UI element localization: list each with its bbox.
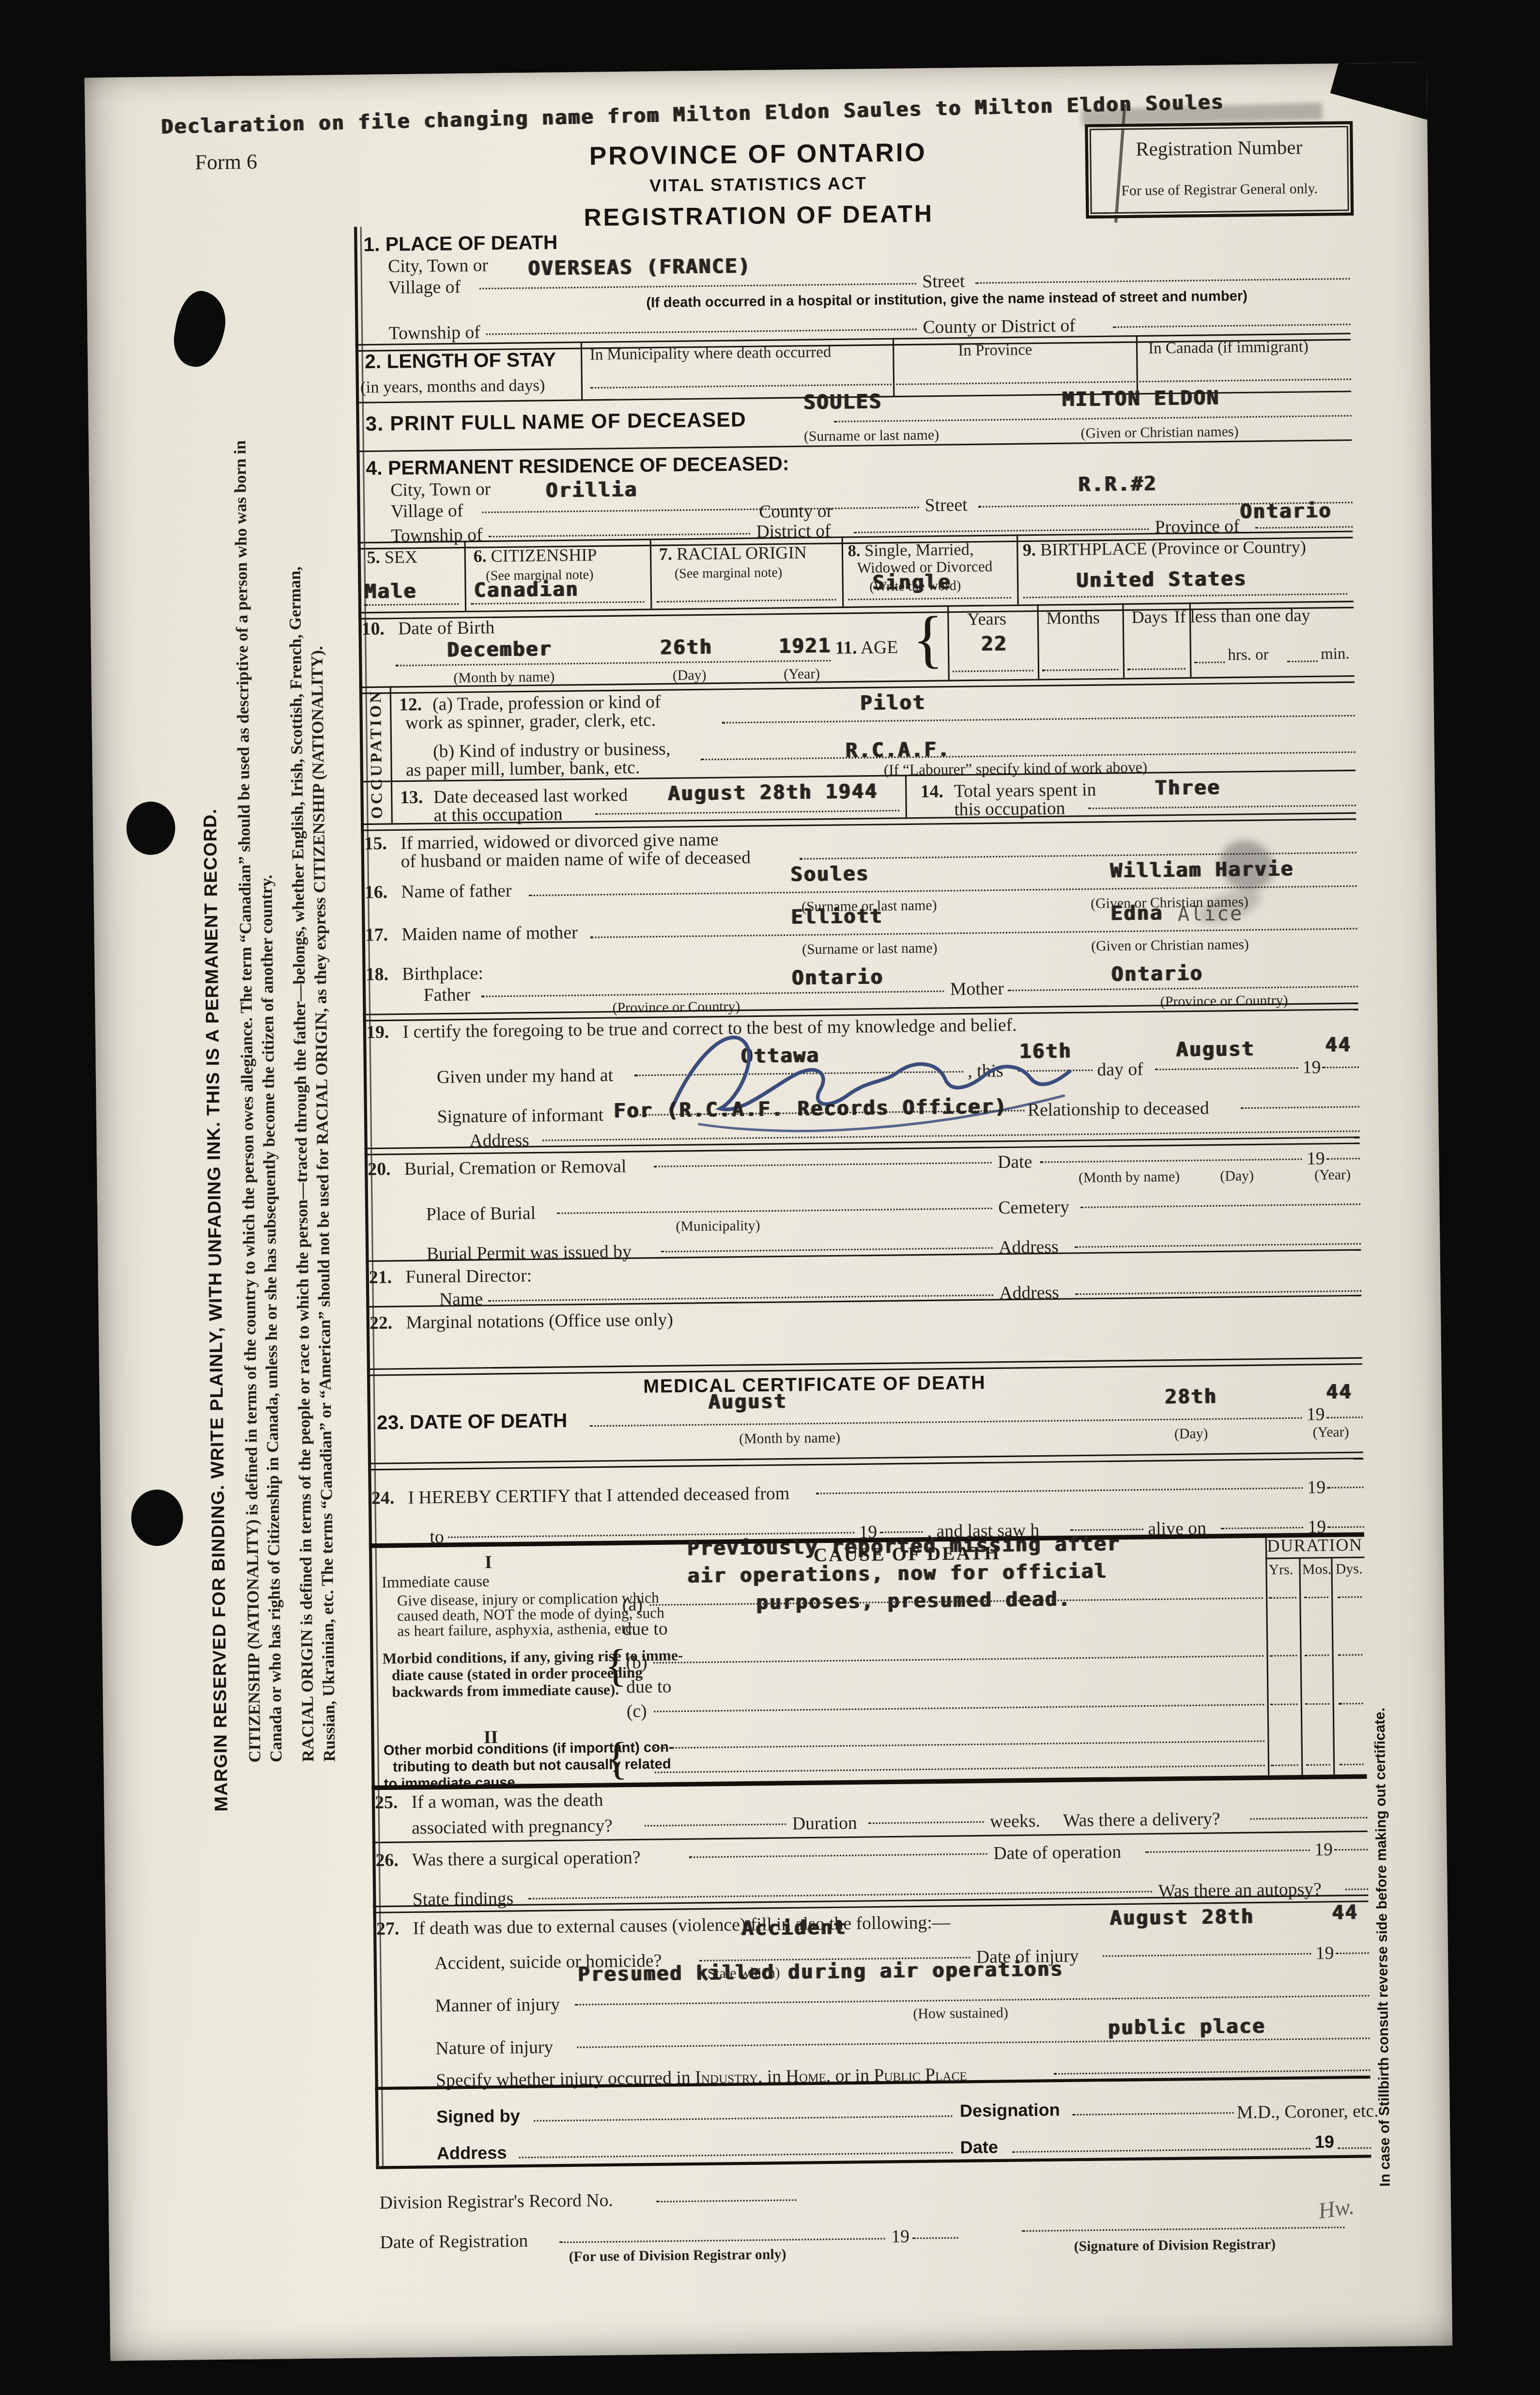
s3-surname-value: SOULES xyxy=(803,391,882,415)
s20-title: Burial, Cremation or Removal xyxy=(404,1155,627,1181)
column-divider xyxy=(650,539,653,609)
dotted-leader xyxy=(1194,662,1225,664)
dotted-leader xyxy=(1075,1243,1361,1248)
dotted-leader xyxy=(834,415,1351,422)
dotted-leader xyxy=(1250,1817,1368,1820)
dotted-leader xyxy=(656,2199,796,2202)
occupation-vertical-label: OCCUPATION xyxy=(369,688,387,819)
form-left-border xyxy=(354,227,379,2166)
s12-a-label2: work as spinner, grader, clerk, etc. xyxy=(405,709,656,735)
s27-date-injury-value: August 28th xyxy=(1109,1906,1254,1931)
duration-cell-dots xyxy=(1305,1703,1329,1705)
s13-no: 13. xyxy=(400,786,423,809)
s4-village-label: Village of xyxy=(391,499,463,523)
dotted-leader xyxy=(519,2152,953,2158)
duration-cell-dots xyxy=(1270,1703,1298,1705)
margin-binding-note: MARGIN RESERVED FOR BINDING. WRITE PLAIN… xyxy=(195,442,232,1812)
column-divider xyxy=(893,338,895,396)
s23-19-label: 19 xyxy=(1307,1403,1325,1427)
dotted-leader xyxy=(654,1704,1264,1712)
s20-sub-day: (Day) xyxy=(1220,1169,1254,1185)
cause-a-label: (a) xyxy=(622,1594,643,1617)
s27-year-injury-value: 44 xyxy=(1332,1902,1358,1926)
s20-no: 20. xyxy=(368,1158,391,1182)
form-number: Form 6 xyxy=(195,152,257,177)
s18-no: 18. xyxy=(366,964,389,987)
s25-duration-label: Duration xyxy=(792,1812,858,1835)
s20-date-label: Date xyxy=(998,1151,1032,1174)
s2-heading: 2. LENGTH OF STAY xyxy=(365,348,556,373)
cause-brace-b: { xyxy=(604,1641,627,1693)
dotted-leader xyxy=(1008,986,1358,991)
s11-less-label: If less than one day xyxy=(1174,607,1310,627)
s20-cemetery-label: Cemetery xyxy=(998,1196,1069,1220)
dotted-leader xyxy=(1127,668,1185,670)
s8-value: Single xyxy=(872,572,951,595)
dotted-leader xyxy=(1088,805,1356,809)
s12-labourer-note: (If “Labourer” specify kind of work abov… xyxy=(884,760,1148,780)
s23-sub-year: (Year) xyxy=(1313,1426,1349,1441)
s1-number-title: 1. PLACE OF DEATH xyxy=(363,231,558,256)
s26-19a: 19 xyxy=(1314,1838,1333,1862)
dotted-leader xyxy=(1113,324,1350,328)
s19-signature-label: Signature of informant xyxy=(437,1104,603,1129)
cause-other2: tributing to death but not causally rela… xyxy=(393,1756,671,1774)
s3-surname-sub: (Surname or last name) xyxy=(804,429,939,446)
s11-days-label: Days xyxy=(1131,609,1168,628)
s16-label: Name of father xyxy=(401,880,512,904)
registration-number-label: Registration Number xyxy=(1088,135,1350,162)
s6-value: Canadian xyxy=(474,579,579,603)
s25-weeks-label: weeks. xyxy=(990,1810,1040,1833)
dotted-leader xyxy=(701,751,1355,760)
signature-division-note: (Signature of Division Registrar) xyxy=(1074,2238,1276,2255)
form-left-border-inner xyxy=(360,227,384,2166)
s19-month-value: August xyxy=(1176,1039,1255,1062)
duration-col-divider xyxy=(1331,1557,1335,1774)
s18-mother-label: Mother xyxy=(950,978,1004,1001)
column-divider xyxy=(947,605,950,680)
s11-years-label: Years xyxy=(967,611,1006,630)
s17-label: Maiden name of mother xyxy=(401,921,578,946)
s23-day-value: 28th xyxy=(1165,1386,1217,1410)
s8-line1: Single, Married, xyxy=(864,541,974,560)
dotted-leader xyxy=(1327,1526,1364,1528)
s17-surname-sub: (Surname or last name) xyxy=(802,942,938,959)
column-divider xyxy=(1016,534,1019,605)
s26-dateop-label: Date of operation xyxy=(993,1841,1121,1865)
s23-sub-month: (Month by name) xyxy=(739,1431,840,1448)
column-divider xyxy=(581,342,583,399)
dotted-leader xyxy=(577,2037,1370,2048)
s27-no: 27. xyxy=(376,1918,400,1941)
s20-19-label: 19 xyxy=(1307,1148,1325,1171)
s18-father-label: Father xyxy=(423,984,470,1007)
s7-title: RACIAL ORIGIN xyxy=(677,544,807,564)
s1-village-label: Village of xyxy=(388,276,461,300)
s16-surname-value: Soules xyxy=(790,863,869,887)
s27-manner-label: Manner of injury xyxy=(435,1993,560,2018)
duration-cell-dots xyxy=(1271,1764,1298,1766)
s3-title: PRINT FULL NAME OF DECEASED xyxy=(390,408,746,435)
dotted-leader xyxy=(654,1162,992,1167)
s25-no: 25. xyxy=(375,1791,398,1815)
date-registration-label: Date of Registration xyxy=(380,2230,528,2255)
dotted-leader xyxy=(1040,1158,1302,1163)
s21-title: Funeral Director: xyxy=(405,1265,532,1289)
s16-given-value: William Harvie xyxy=(1110,858,1294,883)
dotted-leader xyxy=(661,1247,993,1253)
s25-line2: associated with pregnancy? xyxy=(412,1815,613,1840)
registrar-general-note: For use of Registrar General only. xyxy=(1089,182,1351,201)
s23-sub-day: (Day) xyxy=(1174,1428,1208,1443)
dotted-leader xyxy=(559,2238,885,2243)
s4-heading: 4. PERMANENT RESIDENCE OF DECEASED: xyxy=(366,452,789,480)
s10-year-value: 1921 xyxy=(779,636,832,659)
signedby-label: Signed by xyxy=(436,2108,520,2128)
s21-name-label: Name xyxy=(439,1288,483,1311)
s11-years-value: 22 xyxy=(981,634,1008,657)
dotted-leader xyxy=(1338,2147,1371,2149)
s1-street-label: Street xyxy=(922,270,965,294)
duration-cell-dots xyxy=(1306,1764,1330,1766)
s11-no: 11. xyxy=(835,637,857,658)
s2-title: LENGTH OF STAY xyxy=(386,348,556,373)
dotted-leader xyxy=(1326,1416,1363,1418)
dotted-leader xyxy=(854,529,1149,533)
s24-no: 24. xyxy=(371,1487,395,1510)
s4-city-label: City, Town or xyxy=(390,478,491,502)
dotted-leader xyxy=(1334,1849,1368,1851)
cause-due-b: due to xyxy=(626,1676,672,1699)
s12-industry-value: R.C.A.F. xyxy=(846,739,951,763)
death-registration-form: Declaration on file changing name from M… xyxy=(84,62,1452,2361)
s7-no: 7. xyxy=(659,546,673,564)
cause-note3: as heart failure, asphyxia, asthenia, et… xyxy=(397,1621,636,1641)
dotted-leader xyxy=(975,278,1350,284)
s4-street-label: Street xyxy=(924,494,968,517)
s2-col3: In Canada (if immigrant) xyxy=(1148,340,1309,358)
form-title: REGISTRATION OF DEATH xyxy=(469,201,1048,234)
designation-label: Designation xyxy=(960,2102,1060,2121)
s27-line1: If death was due to external causes (vio… xyxy=(413,1912,950,1941)
cause-due-a: due to xyxy=(622,1618,668,1641)
s17-given-sub: (Given or Christian names) xyxy=(1091,938,1249,955)
age-brace: { xyxy=(912,604,944,677)
date-19-label: 19 xyxy=(1315,2134,1335,2152)
s4-street-value: R.R.#2 xyxy=(1078,473,1157,497)
s1-place-value: OVERSEAS (FRANCE) xyxy=(528,256,751,281)
s23-heading: 23. DATE OF DEATH xyxy=(377,1409,568,1434)
s3-no: 3. xyxy=(365,412,384,435)
date-label: Date xyxy=(960,2139,999,2158)
s2-col1: In Municipality where death occurred xyxy=(590,345,832,364)
md-coroner-label: M.D., Coroner, etc. xyxy=(1237,2100,1379,2124)
dotted-leader xyxy=(1103,1953,1311,1957)
s5-no: 5. xyxy=(367,549,380,568)
s18-mother-value: Ontario xyxy=(1111,963,1203,987)
duration-mos: Mos. xyxy=(1302,1563,1332,1579)
s7-heading: 7. RACIAL ORIGIN xyxy=(659,544,807,564)
dotted-leader xyxy=(1322,1066,1358,1068)
s1-city-label: City, Town or xyxy=(388,254,488,278)
dotted-leader xyxy=(912,2237,958,2239)
s27-19: 19 xyxy=(1315,1942,1334,1965)
dotted-leader xyxy=(1287,660,1318,662)
dotted-leader xyxy=(489,533,750,537)
dotted-leader xyxy=(590,928,1357,938)
dotted-leader xyxy=(1345,1888,1368,1890)
s9-no: 9. xyxy=(1023,542,1036,560)
cause-other1: Other morbid conditions (if important) c… xyxy=(384,1740,674,1758)
s22-title: Marginal notations (Office use only) xyxy=(406,1308,673,1334)
s2-no: 2. xyxy=(365,350,382,373)
cause-morbid3: backwards from immediate cause). xyxy=(392,1682,619,1702)
s27-how-sub: (How sustained) xyxy=(913,2006,1008,2023)
s17-no: 17. xyxy=(365,924,388,947)
column-divider xyxy=(1037,604,1040,679)
s25-delivery-label: Was there a delivery? xyxy=(1063,1808,1220,1833)
s4-title: PERMANENT RESIDENCE OF DECEASED: xyxy=(388,452,789,480)
corner-clip xyxy=(1330,62,1452,127)
cause-roman-one: I xyxy=(485,1551,492,1574)
s9-value: United States xyxy=(1076,568,1247,593)
pencil-annotation: Hw. xyxy=(1317,2195,1356,2226)
dotted-leader xyxy=(1221,1527,1303,1529)
s18-father-value: Ontario xyxy=(792,967,884,991)
s1-township-label: Township of xyxy=(388,321,480,345)
s19-19-label: 19 xyxy=(1302,1056,1321,1079)
s20-address-label: Address xyxy=(999,1236,1059,1260)
margin-citizenship-note: CITIZENSHIP (NATIONALITY) is defined in … xyxy=(231,432,288,1762)
dotted-leader xyxy=(1023,593,1347,598)
duration-dys: Dys. xyxy=(1336,1563,1363,1578)
s19-relationship-label: Relationship to deceased xyxy=(1028,1097,1209,1122)
dotted-leader xyxy=(1012,2148,1310,2153)
s11-title: AGE xyxy=(861,637,898,658)
declaration-annotation: Declaration on file changing name from M… xyxy=(161,92,1224,140)
column-divider xyxy=(1122,603,1125,678)
s27-nature-label: Nature of injury xyxy=(435,2036,553,2060)
dotted-leader xyxy=(1075,1290,1361,1295)
s20-place-label: Place of Burial xyxy=(426,1202,536,1227)
address-label: Address xyxy=(437,2145,507,2163)
s12-trade-value: Pilot xyxy=(860,692,926,716)
s24-line1: I HEREBY CERTIFY that I attended decease… xyxy=(408,1482,789,1509)
s15-no: 15. xyxy=(364,832,387,855)
s23-no: 23. xyxy=(377,1411,404,1434)
dotted-leader xyxy=(481,991,944,997)
margin-racial-origin-note: RACIAL ORIGIN is defined in terms of the… xyxy=(286,513,341,1762)
s17-given2-value: Alice xyxy=(1177,903,1243,927)
s10-day-value: 26th xyxy=(660,637,713,660)
duration-cell-dots xyxy=(1338,1596,1362,1598)
hole-punch xyxy=(131,1489,183,1546)
dotted-leader xyxy=(590,1417,1302,1427)
dotted-leader xyxy=(848,597,1011,600)
cause-immediate-label: Immediate cause xyxy=(382,1574,490,1592)
s1-title: PLACE OF DEATH xyxy=(385,231,557,255)
s23-year-value: 44 xyxy=(1326,1382,1353,1405)
duration-cell-dots xyxy=(1339,1703,1363,1705)
s10-title: Date of Birth xyxy=(398,617,495,640)
s13-value: August 28th 1944 xyxy=(668,781,878,807)
act-heading: VITAL STATISTICS ACT xyxy=(469,173,1047,198)
duration-cell-dots xyxy=(1305,1654,1329,1656)
s4-city-value: Orillia xyxy=(546,480,638,503)
duration-cell-dots xyxy=(1269,1597,1296,1599)
dotted-leader xyxy=(1327,1487,1363,1489)
dotted-leader xyxy=(1155,1067,1298,1070)
s11-min-label: min. xyxy=(1321,646,1350,663)
s10-no: 10. xyxy=(361,618,385,641)
dotted-leader xyxy=(1042,669,1118,671)
s3-heading: 3. PRINT FULL NAME OF DECEASED xyxy=(365,408,746,435)
dotted-leader xyxy=(590,378,1351,389)
s3-given-sub: (Given or Christian names) xyxy=(1081,425,1239,442)
s2-sub: (in years, months and days) xyxy=(360,377,545,397)
s14-no: 14. xyxy=(920,780,943,804)
dotted-leader xyxy=(1241,1106,1359,1109)
datereg-19-label: 19 xyxy=(891,2225,909,2249)
s8-heading: 8. Single, Married, xyxy=(847,541,974,561)
duration-cell-dots xyxy=(1304,1597,1328,1599)
dotted-leader xyxy=(654,1741,1264,1749)
dotted-leader xyxy=(645,1823,786,1826)
cause-b-label: (b) xyxy=(626,1651,647,1675)
dotted-leader xyxy=(1255,526,1353,529)
s20-sub-year: (Year) xyxy=(1314,1168,1351,1184)
hole-punch xyxy=(126,801,176,855)
for-use-note: (For use of Division Registrar only) xyxy=(569,2248,786,2266)
s2-col2: In Province xyxy=(958,342,1032,360)
dotted-leader xyxy=(534,2115,952,2122)
s20-sub-month: (Month by name) xyxy=(1078,1170,1180,1187)
dotted-leader xyxy=(1145,1850,1309,1853)
dotted-leader xyxy=(1070,1529,1143,1531)
dotted-leader xyxy=(1080,1203,1360,1208)
s26-line1: Was there a surgical operation? xyxy=(412,1847,641,1872)
dotted-leader xyxy=(479,283,916,289)
dotted-leader xyxy=(655,1765,1265,1773)
cause-brace-other: { xyxy=(605,1734,628,1786)
s8-no: 8. xyxy=(847,543,860,561)
registration-number-box: Registration Number For use of Registrar… xyxy=(1085,121,1354,218)
occupation-strip-divider xyxy=(390,686,393,824)
s27-accident-value: Accident xyxy=(741,1917,847,1942)
s9-heading: 9. BIRTHPLACE (Province or Country) xyxy=(1023,539,1306,560)
dotted-leader xyxy=(1054,2069,1371,2075)
s20-municipality-sub: (Municipality) xyxy=(676,1219,760,1235)
s24-19a: 19 xyxy=(1307,1477,1325,1500)
medical-certificate-title: MEDICAL CERTIFICATE OF DEATH xyxy=(525,1371,1104,1399)
s5-title: SEX xyxy=(385,549,418,567)
s19-no: 19. xyxy=(366,1021,389,1044)
dotted-leader xyxy=(1022,2226,1344,2232)
section-divider xyxy=(372,1774,1367,1789)
dotted-leader xyxy=(1326,1158,1360,1160)
s15-label2: of husband or maiden name of wife of dec… xyxy=(400,846,751,873)
dotted-leader xyxy=(689,1853,987,1858)
duration-cell-dots xyxy=(1340,1764,1364,1766)
s3-given-value: MILTON ELDON xyxy=(1062,388,1220,412)
s6-no: 6. xyxy=(473,548,487,566)
cause-c-label: (c) xyxy=(626,1700,647,1724)
s26-no: 26. xyxy=(375,1849,399,1872)
dotted-leader xyxy=(868,1821,984,1824)
s5-value: Male xyxy=(364,581,417,604)
s17-surname-value: Elliott xyxy=(791,906,883,930)
section-divider xyxy=(368,1451,1363,1471)
duration-cell-dots xyxy=(1338,1654,1362,1656)
s16-no: 16. xyxy=(365,881,388,904)
province-heading: PROVINCE OF ONTARIO xyxy=(469,137,1047,173)
s7-sub: (See marginal note) xyxy=(675,564,783,581)
s9-title: BIRTHPLACE (Province or Country) xyxy=(1040,539,1306,560)
torn-edge-blob xyxy=(170,288,231,371)
s1-no: 1. xyxy=(363,233,380,256)
s11-months-label: Months xyxy=(1046,610,1100,629)
s23-month-value: August xyxy=(708,1391,787,1415)
duration-header: DURATION xyxy=(1265,1537,1365,1556)
s6-title: CITIZENSHIP xyxy=(491,547,597,566)
s17-given1-value: Edna xyxy=(1110,903,1163,926)
s10-sub-day: (Day) xyxy=(673,669,707,684)
duration-cell-dots xyxy=(1270,1655,1297,1657)
dotted-leader xyxy=(486,328,917,335)
dotted-leader xyxy=(1336,1952,1369,1954)
cause-typed-line1: Previously reported missing after xyxy=(687,1534,1121,1561)
cause-typed-line2: air operations, now for official xyxy=(687,1561,1108,1588)
dotted-leader xyxy=(722,715,1355,724)
s10-month-value: December xyxy=(447,638,552,663)
s20-permit-label: Burial Permit was issued by xyxy=(427,1241,632,1266)
s27-nature-value: public place xyxy=(1108,2016,1266,2040)
informant-signature xyxy=(655,1010,1113,1149)
s27-presumed-value: Presumed killed during air operations xyxy=(578,1959,1063,1988)
dotted-leader xyxy=(953,670,1033,672)
dotted-leader xyxy=(1072,2112,1233,2115)
column-divider xyxy=(464,541,467,611)
s19-year-value: 44 xyxy=(1325,1035,1352,1058)
s14-value: Three xyxy=(1155,777,1220,801)
dotted-leader xyxy=(657,599,836,602)
dotted-leader xyxy=(557,1208,992,1214)
s22-no: 22. xyxy=(370,1312,393,1335)
s19-signature-typed: For (R.C.A.F. Records Officer) xyxy=(614,1096,1008,1123)
dotted-leader xyxy=(880,1531,923,1533)
s4-no: 4. xyxy=(366,456,383,480)
s23-title: DATE OF DEATH xyxy=(410,1409,568,1433)
duration-yrs: Yrs. xyxy=(1269,1563,1294,1579)
photo-stage: Declaration on file changing name from M… xyxy=(0,0,1540,2395)
duration-header-rule xyxy=(1265,1556,1364,1559)
duration-col-divider xyxy=(1299,1557,1303,1775)
dotted-leader xyxy=(482,507,919,513)
s18-label: Birthplace: xyxy=(402,962,483,986)
column-divider xyxy=(905,775,908,817)
s11-heading: 11. AGE xyxy=(835,637,898,660)
s21-no: 21. xyxy=(369,1266,392,1290)
s6-heading: 6. CITIZENSHIP xyxy=(473,547,597,567)
record-no-label: Division Registrar's Record No. xyxy=(379,2189,613,2215)
s21-address-label: Address xyxy=(999,1281,1059,1305)
s1-county-label: County or District of xyxy=(923,314,1076,339)
s11-hrs-label: hrs. or xyxy=(1228,647,1269,665)
column-divider xyxy=(842,536,845,607)
s25-line1: If a woman, was the death xyxy=(411,1789,603,1814)
column-divider xyxy=(1136,335,1139,393)
